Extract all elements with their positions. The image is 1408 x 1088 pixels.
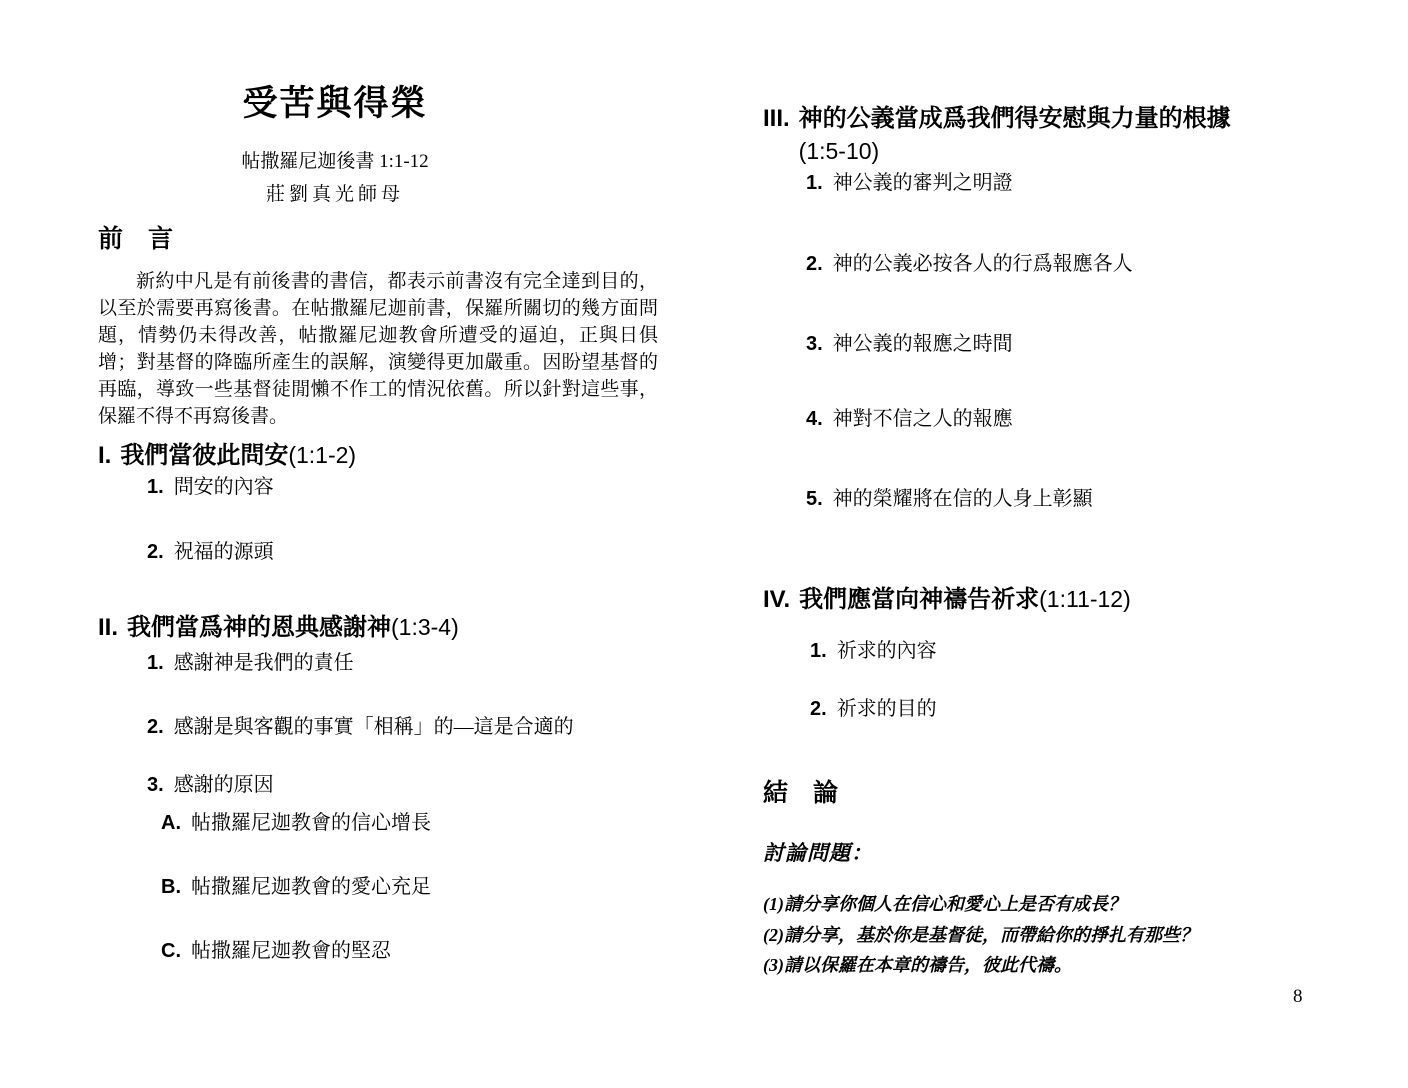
item-text: 神對不信之人的報應	[833, 408, 1013, 430]
outline-subitem: B.帖撒羅尼迦教會的愛心充足	[161, 870, 431, 899]
section-numeral: II.	[98, 614, 118, 641]
item-text: 感謝神是我們的責任	[174, 652, 354, 674]
outline-item: 5.神的榮耀將在信的人身上彰顯	[806, 482, 1093, 511]
section-ref: (1:3-4)	[391, 614, 459, 640]
discussion-question: (3)請以保羅在本章的禱告，彼此代禱。	[763, 951, 1072, 977]
item-text: 神的榮耀將在信的人身上彰顯	[833, 488, 1093, 510]
section-title: 我們應當向神禱告祈求	[799, 587, 1039, 613]
outline-subitem: A.帖撒羅尼迦教會的信心增長	[161, 806, 431, 835]
section-numeral: I.	[98, 442, 111, 469]
item-text: 帖撒羅尼迦教會的愛心充足	[191, 876, 431, 898]
outline-item: 3.感謝的原因	[147, 768, 274, 797]
page-title: 受苦與得榮	[70, 76, 600, 126]
section-heading-2: II.我們當爲神的恩典感謝神(1:3-4)	[98, 607, 459, 642]
item-text: 帖撒羅尼迦教會的堅忍	[191, 940, 391, 962]
page-number: 8	[1293, 986, 1303, 1008]
item-number: 2.	[806, 253, 823, 275]
item-number: 3.	[806, 333, 823, 355]
item-number: 3.	[147, 774, 164, 796]
section-numeral: III.	[763, 103, 790, 168]
item-letter: C.	[161, 940, 181, 962]
item-text: 祝福的源頭	[174, 541, 274, 563]
section-ref: (1:11-12)	[1039, 586, 1131, 612]
item-letter: A.	[161, 812, 181, 834]
item-number: 1.	[147, 476, 164, 498]
document-page: 受苦與得榮 帖撒羅尼迦後書 1:1-12 莊劉真光師母 前 言 新約中凡是有前後…	[0, 0, 1408, 1088]
item-text: 感謝是與客觀的事實「相稱」的—這是合適的	[174, 716, 574, 738]
section-heading-1: I.我們當彼此問安(1:1-2)	[98, 435, 356, 470]
outline-item: 2.神的公義必按各人的行爲報應各人	[806, 247, 1133, 276]
item-number: 2.	[810, 698, 827, 720]
section-numeral: IV.	[763, 586, 790, 613]
section-title: 神的公義當成爲我們得安慰與力量的根據	[799, 106, 1231, 132]
item-text: 問安的內容	[174, 476, 274, 498]
section-title: 我們當彼此問安	[120, 443, 288, 469]
preface-paragraph: 新約中凡是有前後書的書信，都表示前書沒有完全達到目的，以至於需要再寫後書。在帖撒…	[98, 268, 658, 430]
section-title: 我們當爲神的恩典感謝神	[127, 615, 391, 641]
outline-item: 1.祈求的內容	[810, 634, 937, 663]
preface-heading: 前 言	[98, 219, 173, 255]
author-name: 莊劉真光師母	[70, 179, 600, 206]
discussion-question: (1)請分享你個人在信心和愛心上是否有成長？	[763, 890, 1126, 916]
item-number: 2.	[147, 541, 164, 563]
item-number: 4.	[806, 408, 823, 430]
outline-item: 1.問安的內容	[147, 470, 274, 499]
section-ref: (1:1-2)	[288, 442, 356, 468]
outline-item: 2.祈求的目的	[810, 692, 937, 721]
outline-subitem: C.帖撒羅尼迦教會的堅忍	[161, 934, 391, 963]
outline-item: 2.祝福的源頭	[147, 535, 274, 564]
conclusion-heading: 結 論	[763, 773, 838, 809]
discussion-question: (2)請分享，基於你是基督徒，而帶給你的掙扎有那些？	[763, 921, 1198, 947]
item-number: 1.	[810, 640, 827, 662]
item-text: 神公義的審判之明證	[833, 172, 1013, 194]
item-text: 感謝的原因	[174, 774, 274, 796]
outline-item: 1.神公義的審判之明證	[806, 166, 1013, 195]
section-title-block: 神的公義當成爲我們得安慰與力量的根據 (1:5-10)	[799, 103, 1231, 168]
item-text: 祈求的內容	[837, 640, 937, 662]
item-text: 帖撒羅尼迦教會的信心增長	[191, 812, 431, 834]
outline-item: 3.神公義的報應之時間	[806, 327, 1013, 356]
scripture-reference: 帖撒羅尼迦後書 1:1-12	[70, 146, 600, 173]
item-text: 神公義的報應之時間	[833, 333, 1013, 355]
outline-item: 4.神對不信之人的報應	[806, 402, 1013, 431]
discussion-heading: 討論問題：	[763, 837, 873, 867]
section-heading-3: III. 神的公義當成爲我們得安慰與力量的根據 (1:5-10)	[763, 103, 1283, 168]
item-number: 5.	[806, 488, 823, 510]
item-text: 神的公義必按各人的行爲報應各人	[833, 253, 1133, 275]
item-number: 2.	[147, 716, 164, 738]
section-ref: (1:5-10)	[799, 138, 880, 164]
item-letter: B.	[161, 876, 181, 898]
outline-item: 2.感謝是與客觀的事實「相稱」的—這是合適的	[147, 710, 574, 739]
section-heading-4: IV.我們應當向神禱告祈求(1:11-12)	[763, 579, 1131, 614]
item-number: 1.	[147, 652, 164, 674]
item-text: 祈求的目的	[837, 698, 937, 720]
item-number: 1.	[806, 172, 823, 194]
outline-item: 1.感謝神是我們的責任	[147, 646, 354, 675]
